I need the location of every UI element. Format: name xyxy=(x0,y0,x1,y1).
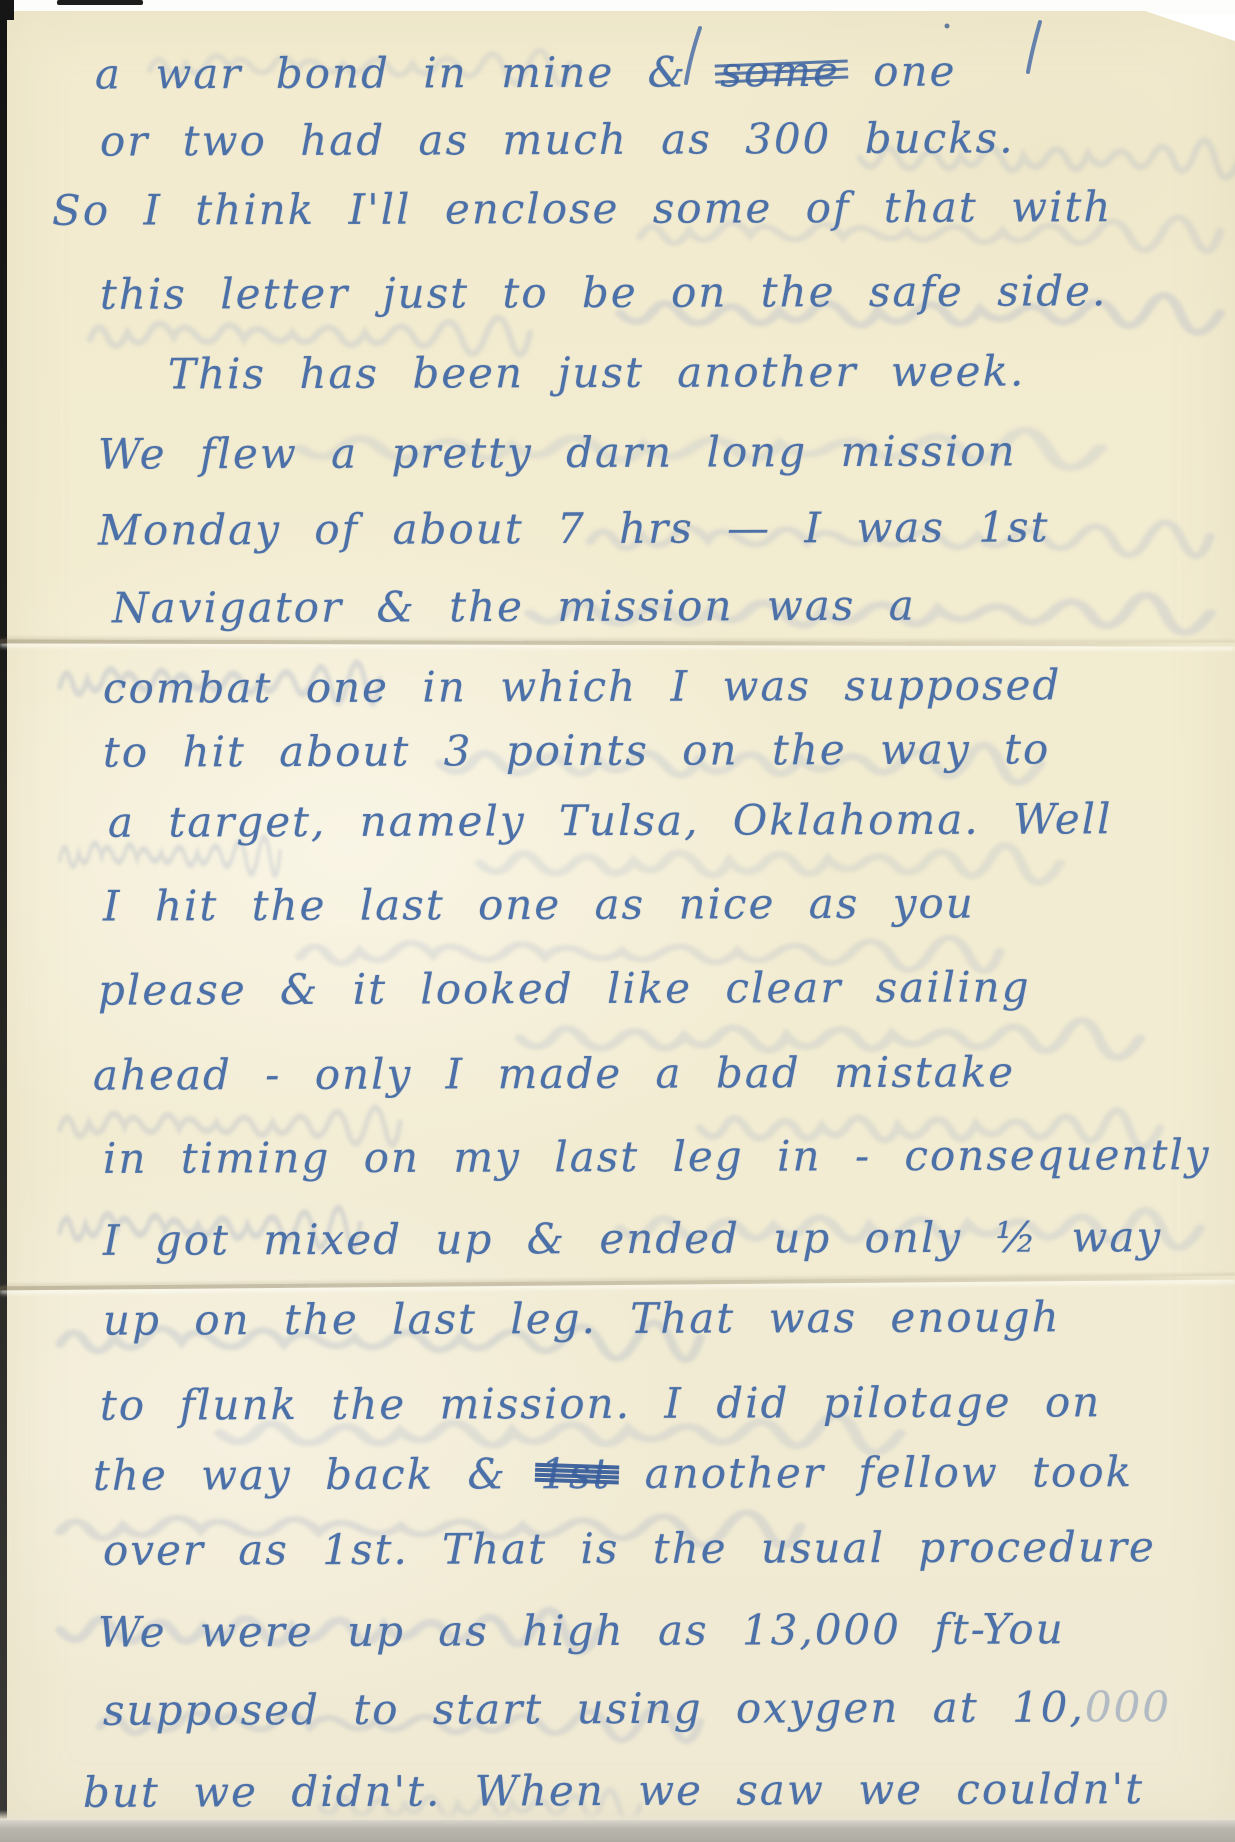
line-text: Monday of about 7 hrs — I was 1st xyxy=(98,502,1050,554)
handwritten-line-20: over as 1st. That is the usual procedure xyxy=(103,1526,1156,1572)
line-text: a war bond in mine & xyxy=(95,47,721,98)
handwritten-line-4: this letter just to be on the safe side. xyxy=(100,270,1107,316)
handwritten-line-12: I hit the last one as nice as you xyxy=(103,882,975,927)
line-text: ahead - only I made a bad mistake xyxy=(93,1047,1015,1099)
scanned-letter-page: { "document_type": "handwritten letter p… xyxy=(0,0,1235,1842)
handwritten-line-13: please & it looked like clear sailing xyxy=(98,966,1031,1011)
handwritten-line-14: ahead - only I made a bad mistake xyxy=(93,1051,1015,1096)
line-text: another fellow took xyxy=(611,1447,1133,1498)
line-text: or two had as much as 300 bucks. xyxy=(100,113,1015,165)
line-text: to flunk the mission. I did pilotage on xyxy=(100,1377,1101,1429)
handwritten-line-7: Monday of about 7 hrs — I was 1st xyxy=(98,506,1050,551)
struck-word: some xyxy=(720,51,840,93)
line-text: up on the last leg. That was enough xyxy=(103,1292,1061,1344)
scan-corner-mark xyxy=(0,0,14,20)
handwritten-line-15: in timing on my last leg in - consequent… xyxy=(103,1134,1211,1180)
handwritten-line-9: combat one in which I was supposed xyxy=(103,664,1061,709)
handwritten-line-8: Navigator & the mission was a xyxy=(112,585,916,630)
line-text: Navigator & the mission was a xyxy=(112,581,916,633)
line-text: supposed to start using oxygen at 10, xyxy=(103,1682,1085,1734)
line-text: please & it looked like clear sailing xyxy=(98,962,1031,1014)
struck-word: 1st xyxy=(540,1453,611,1495)
handwritten-line-17: up on the last leg. That was enough xyxy=(103,1296,1061,1341)
scanner-bottom-band xyxy=(0,1820,1235,1842)
line-text: one xyxy=(840,46,957,95)
handwritten-line-10: to hit about 3 points on the way to xyxy=(103,728,1050,773)
line-text: the way back & xyxy=(93,1449,540,1500)
line-text: in timing on my last leg in - consequent… xyxy=(103,1130,1211,1183)
handwritten-line-2: or two had as much as 300 bucks. xyxy=(100,117,1015,162)
scan-canvas: a war bond in mine & some one or two had… xyxy=(0,0,1235,1842)
handwritten-line-5: This has been just another week. xyxy=(168,351,1025,396)
line-text: This has been just another week. xyxy=(168,347,1025,399)
handwritten-line-23: but we didn't. When we saw we couldn't xyxy=(83,1768,1144,1814)
line-text: I got mixed up & ended up only ½ way xyxy=(103,1212,1162,1265)
line-text: We flew a pretty darn long mission xyxy=(98,426,1017,478)
line-text: combat one in which I was supposed xyxy=(103,660,1061,712)
handwritten-line-3: So I think I'll enclose some of that wit… xyxy=(52,186,1113,232)
line-text: We were up as high as 13,000 ft-You xyxy=(98,1604,1065,1656)
line-text: over as 1st. That is the usual procedure xyxy=(103,1522,1156,1575)
handwritten-line-11: a target, namely Tulsa, Oklahoma. Well xyxy=(108,798,1113,844)
scanner-edge-left-strip xyxy=(0,0,7,1828)
handwritten-line-19: the way back & 1st another fellow took xyxy=(93,1451,1133,1497)
line-text: this letter just to be on the safe side. xyxy=(100,266,1107,319)
handwritten-line-22: supposed to start using oxygen at 10,000 xyxy=(103,1686,1171,1732)
line-text: to hit about 3 points on the way to xyxy=(103,724,1050,776)
scan-top-mark xyxy=(57,0,143,5)
handwritten-line-16: I got mixed up & ended up only ½ way xyxy=(103,1216,1162,1262)
line-text: but we didn't. When we saw we couldn't xyxy=(83,1764,1144,1817)
line-text: So I think I'll enclose some of that wit… xyxy=(52,182,1113,235)
line-text: I hit the last one as nice as you xyxy=(103,878,975,930)
handwritten-line-6: We flew a pretty darn long mission xyxy=(98,430,1017,475)
handwritten-line-21: We were up as high as 13,000 ft-You xyxy=(98,1608,1065,1653)
line-text: a target, namely Tulsa, Oklahoma. Well xyxy=(108,794,1113,847)
faint-ink-text: 000 xyxy=(1085,1682,1171,1731)
handwritten-line-18: to flunk the mission. I did pilotage on xyxy=(100,1381,1101,1426)
handwritten-line-1: a war bond in mine & some one xyxy=(95,50,957,95)
